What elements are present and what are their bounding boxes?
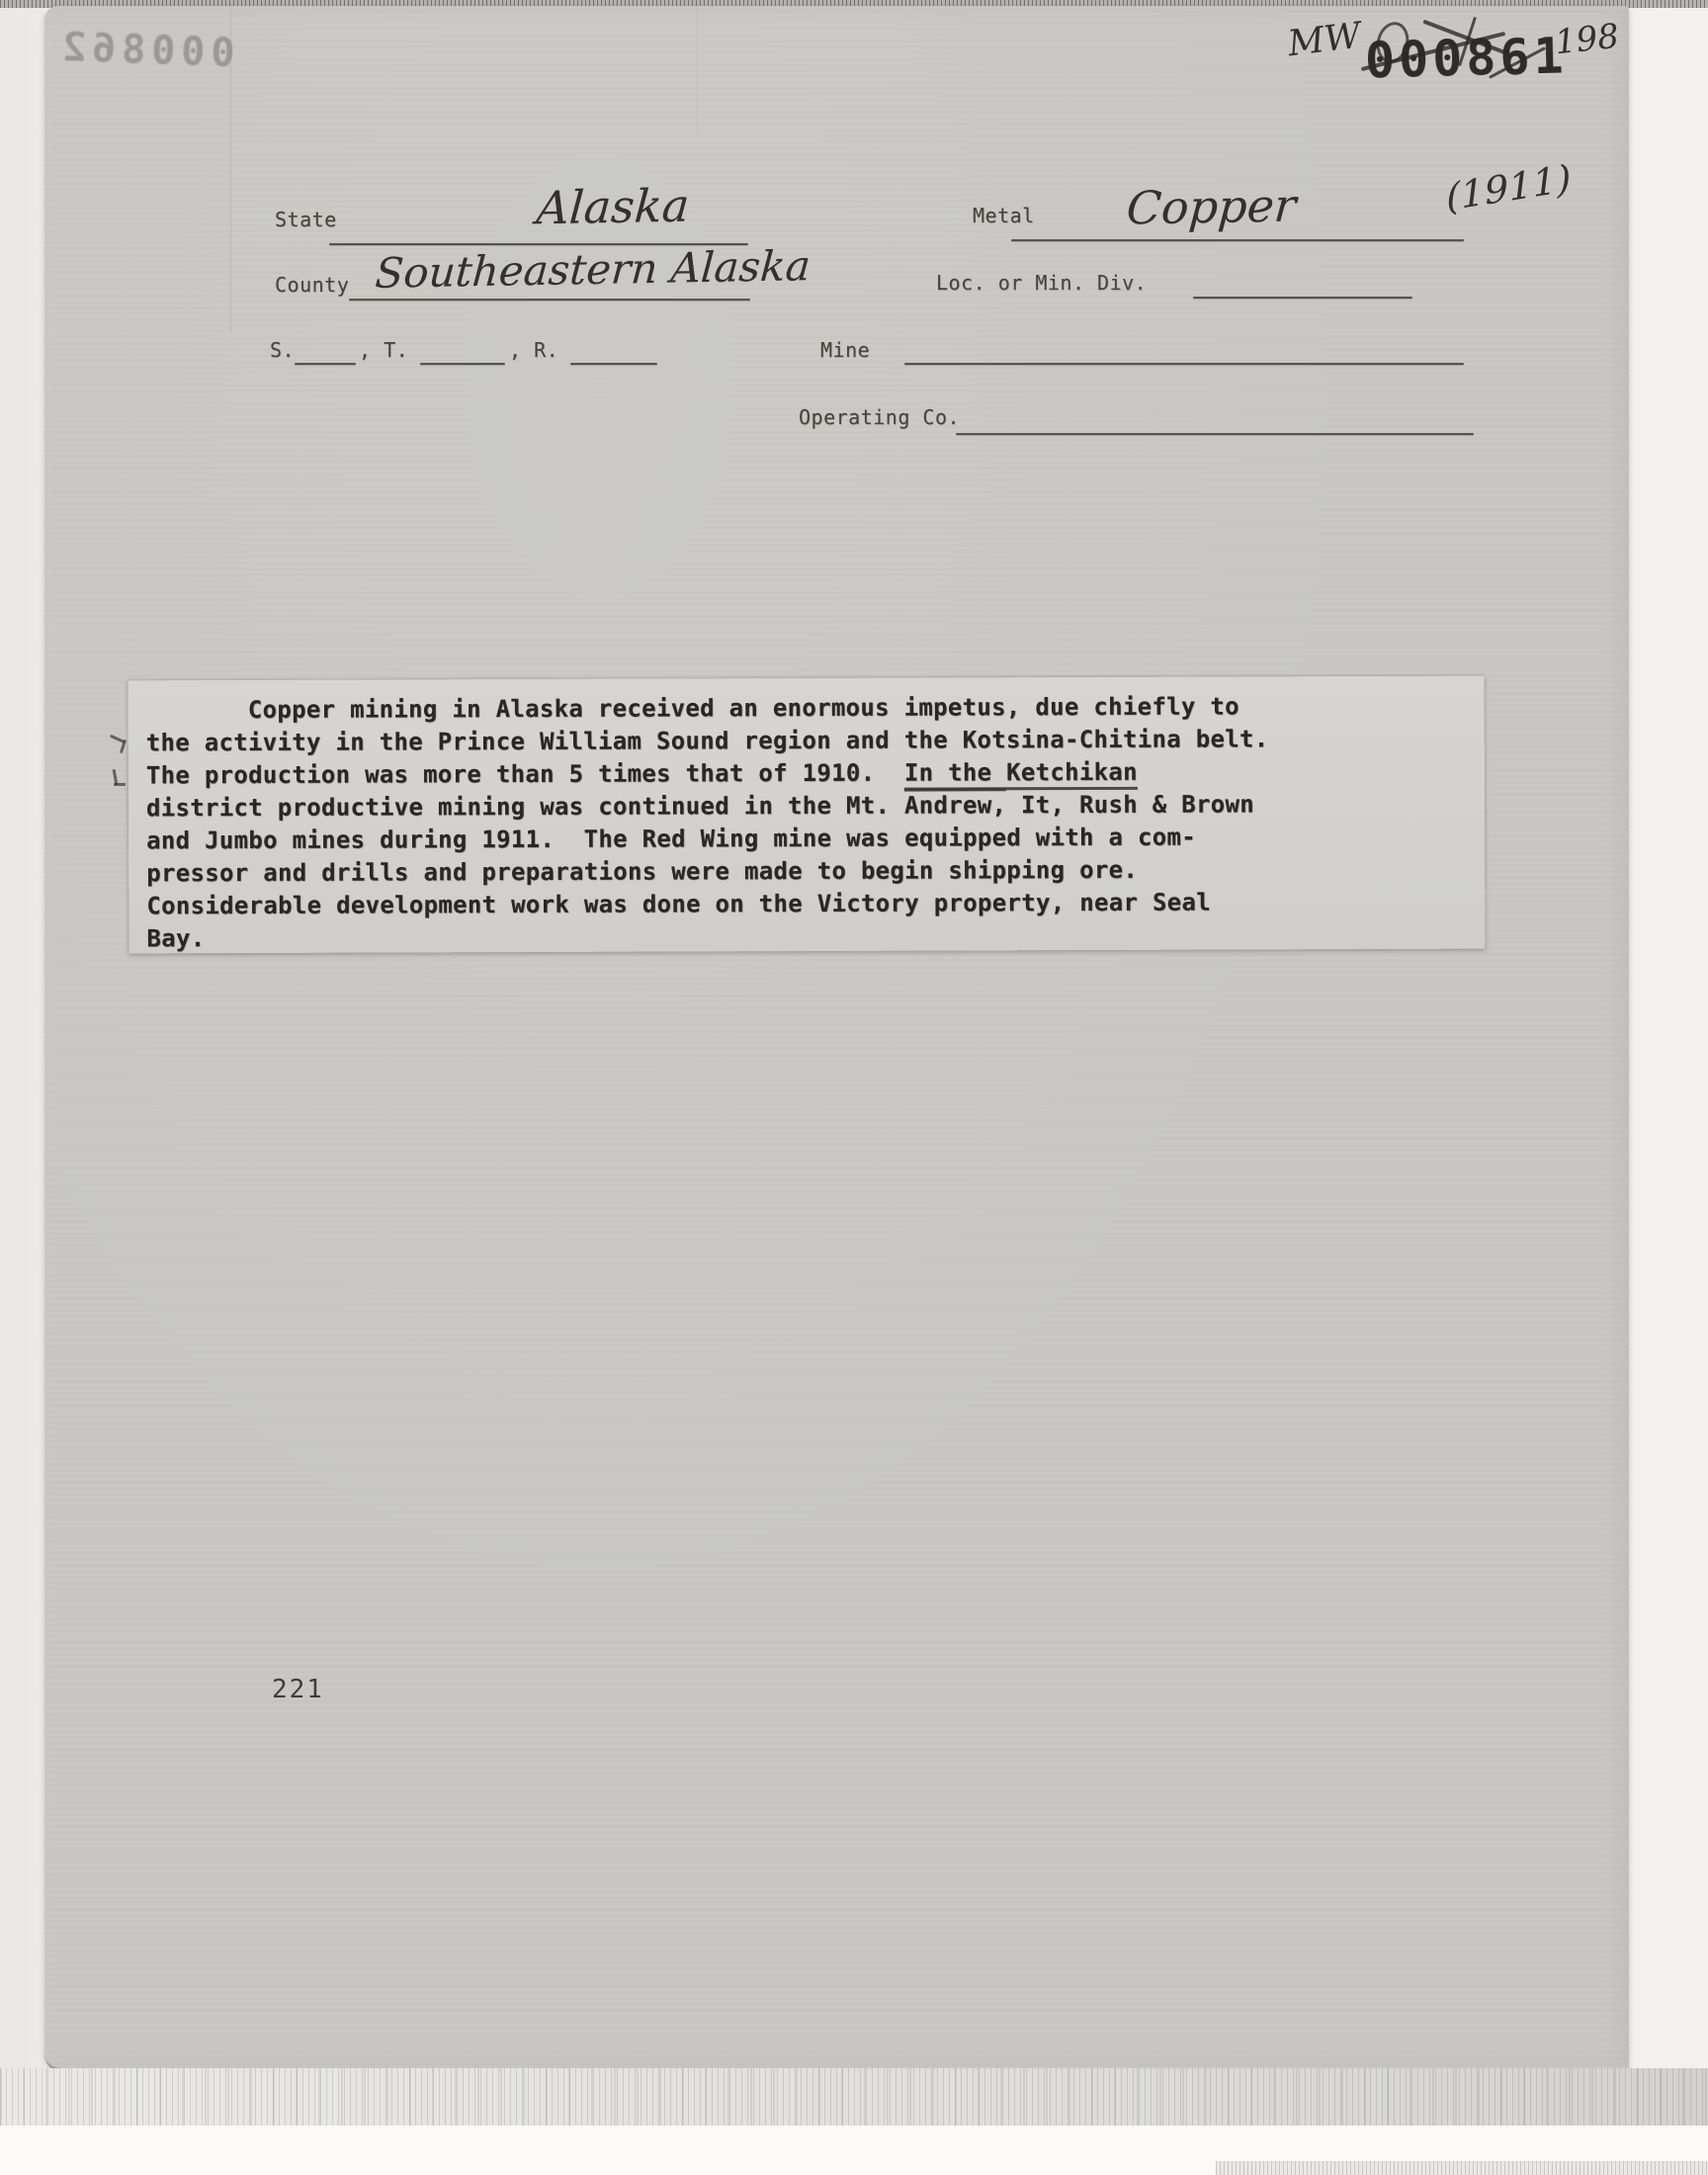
county-underline [349,299,750,301]
page-number: 221 [272,1675,324,1704]
pen-checkmark [114,783,126,786]
metal-label: Metal [973,204,1035,227]
section-label: S. [270,338,295,362]
clipping-line: The production was more than 5 times tha… [146,755,1485,793]
state-label: State [275,208,337,231]
mine-label: Mine [820,338,870,362]
clipping-line: Considerable development work was done o… [146,886,1485,923]
scanner-bottom-right-streaks [1216,2161,1708,2175]
mine-underline [904,363,1464,365]
township-underline [420,363,505,365]
clipping-text: It, Rush & Brown [1006,790,1254,819]
clipping-text: The production was more than 5 times tha… [146,759,904,790]
paper-crease-line [697,6,698,134]
pen-marked-text: Andrew, [904,788,1006,819]
clipping-line: Bay. [146,918,1485,956]
loc-or-min-div-label: Loc. or Min. Div. [936,271,1147,295]
clipping-text: district productive mining was continued… [146,792,904,823]
mirrored-bleedthrough-stamp: 000862 [55,25,235,76]
state-value-handwritten: Alaska [535,179,691,235]
range-underline [570,363,657,365]
handwritten-initials: MW [1286,16,1363,65]
record-card-paper: 000862 MW 000861 198 State Alaska Metal … [44,6,1629,2072]
clipping-line: Copper mining in Alaska received an enor… [146,690,1485,728]
clipping-line: pressor and drills and preparations were… [146,853,1485,891]
pasted-news-clipping: Copper mining in Alaska received an enor… [128,676,1486,954]
township-label: , T. [359,338,408,362]
operating-co-label: Operating Co. [799,405,960,429]
metal-underline [1011,239,1464,241]
range-label: , R. [509,338,558,362]
clipping-line: the activity in the Prince William Sound… [146,723,1485,760]
metal-value-handwritten: Copper [1125,179,1298,235]
operating-co-underline [956,433,1474,435]
county-value-handwritten: Southeastern Alaska [374,241,812,298]
handwritten-number: 198 [1553,17,1621,63]
pen-underlined-text: In the Ketchikan [904,758,1138,791]
county-label: County [275,273,349,297]
scanner-streak-strip [0,2068,1708,2126]
loc-or-min-div-underline [1193,297,1412,299]
metal-year-handwritten: (1911) [1444,156,1573,218]
clipping-line: and Jumbo mines during 1911. The Red Win… [146,821,1485,858]
clipping-line: district productive mining was continued… [146,788,1485,826]
section-underline [295,363,356,365]
